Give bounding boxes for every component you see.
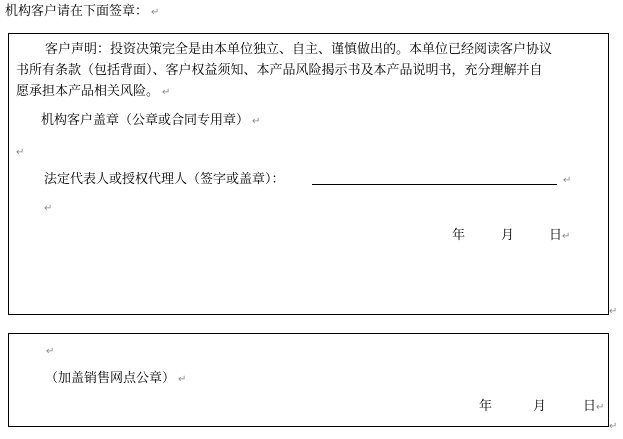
date-year-2: 年 bbox=[479, 399, 492, 415]
branch-seal-label: （加盖销售网点公章）↵ bbox=[45, 371, 186, 388]
paragraph-mark-icon: ↵ bbox=[44, 203, 52, 214]
paragraph-mark-icon: ↵ bbox=[562, 231, 570, 242]
declaration-line-2: 书所有条款（包括背面）、客户权益须知、本产品风险揭示书及本产品说明书，充分理解并… bbox=[16, 63, 543, 79]
paragraph-mark-icon: ↵ bbox=[46, 346, 54, 357]
heading-text: 机构客户请在下面签章： bbox=[5, 4, 148, 19]
empty-paragraph: ↵ bbox=[46, 343, 54, 360]
date-year-1: 年 bbox=[452, 228, 465, 244]
paragraph-mark-icon: ↵ bbox=[151, 7, 159, 18]
day-label: 日 bbox=[549, 228, 562, 243]
date-day-2: 日↵ bbox=[583, 399, 604, 416]
paragraph-mark-icon: ↵ bbox=[178, 374, 186, 385]
empty-paragraph: ↵ bbox=[44, 200, 52, 217]
declaration-line-3: 愿承担本产品相关风险。↵ bbox=[16, 84, 170, 101]
declaration-text-3: 愿承担本产品相关风险。 bbox=[16, 84, 159, 99]
year-label: 年 bbox=[479, 399, 492, 414]
year-label: 年 bbox=[452, 228, 465, 243]
month-label: 月 bbox=[501, 228, 514, 243]
box1-para-end: ↵ bbox=[609, 303, 617, 320]
box2-para-end: ↵ bbox=[609, 418, 617, 435]
paragraph-mark-icon: ↵ bbox=[609, 306, 617, 317]
declaration-text-1: 客户声明：投资决策完全是由本单位独立、自主、谨慎做出的。本单位已经阅读客户协议 bbox=[45, 42, 552, 57]
paragraph-mark-icon: ↵ bbox=[609, 421, 617, 432]
date-day-1: 日↵ bbox=[549, 228, 570, 245]
heading: 机构客户请在下面签章：↵ bbox=[5, 4, 159, 21]
paragraph-mark-icon: ↵ bbox=[16, 147, 24, 158]
month-label: 月 bbox=[533, 399, 546, 414]
date-month-2: 月 bbox=[533, 399, 546, 415]
paragraph-mark-icon: ↵ bbox=[563, 175, 571, 186]
signature-label-text: 法定代表人或授权代理人（签字或盖章）： bbox=[44, 172, 285, 187]
declaration-line-1: 客户声明：投资决策完全是由本单位独立、自主、谨慎做出的。本单位已经阅读客户协议 bbox=[45, 42, 552, 58]
paragraph-mark-icon: ↵ bbox=[596, 402, 604, 413]
signature-line-field[interactable] bbox=[312, 170, 557, 185]
empty-paragraph: ↵ bbox=[16, 144, 24, 161]
paragraph-mark-icon: ↵ bbox=[252, 116, 260, 127]
declaration-text-2: 书所有条款（包括背面）、客户权益须知、本产品风险揭示书及本产品说明书，充分理解并… bbox=[16, 63, 543, 78]
signature-label: 法定代表人或授权代理人（签字或盖章）： bbox=[44, 172, 285, 188]
day-label: 日 bbox=[583, 399, 596, 414]
client-seal-label: 机构客户盖章（公章或合同专用章）↵ bbox=[41, 113, 260, 130]
signature-para-end: ↵ bbox=[563, 172, 571, 189]
branch-seal-text: （加盖销售网点公章） bbox=[45, 371, 175, 386]
paragraph-mark-icon: ↵ bbox=[162, 87, 170, 98]
client-seal-text: 机构客户盖章（公章或合同专用章） bbox=[41, 113, 249, 128]
date-month-1: 月 bbox=[501, 228, 514, 244]
